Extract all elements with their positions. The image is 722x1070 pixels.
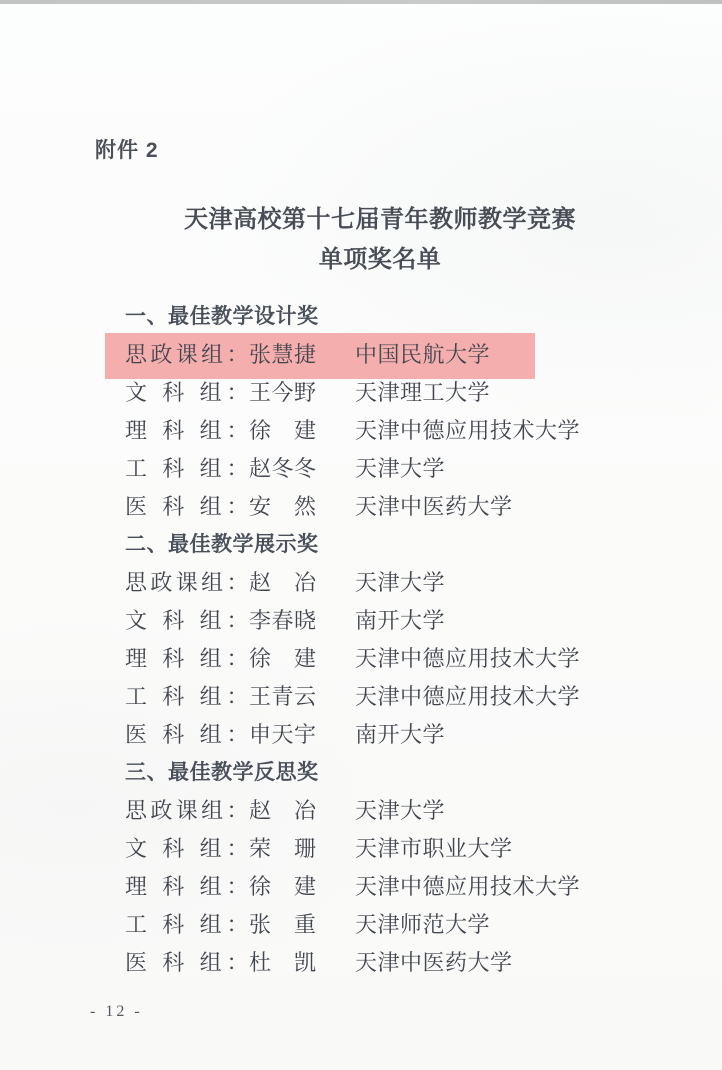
title-line-1: 天津高校第十七届青年教师教学竞赛: [38, 200, 722, 240]
group-label: 理 科 组：: [125, 868, 249, 906]
award-row: 工 科 组： 张 重 天津师范大学: [125, 906, 685, 944]
award-row: 思政课组： 张慧捷 中国民航大学: [125, 336, 685, 374]
award-row: 思政课组： 赵 冶 天津大学: [125, 792, 685, 830]
group-label: 医 科 组：: [125, 944, 249, 982]
university-name: 天津理工大学: [355, 374, 490, 412]
university-name: 天津师范大学: [355, 906, 490, 944]
winner-name: 李春晓: [249, 602, 355, 640]
university-name: 天津中德应用技术大学: [355, 868, 580, 906]
winner-name: 赵冬冬: [249, 450, 355, 488]
group-label: 思政课组：: [125, 564, 249, 602]
university-name: 天津市职业大学: [355, 830, 513, 868]
university-name: 天津中医药大学: [355, 944, 513, 982]
university-name: 南开大学: [355, 716, 445, 754]
group-label: 思政课组：: [125, 336, 249, 374]
attachment-label: 附件 2: [95, 134, 159, 164]
winner-name: 徐 建: [249, 412, 355, 450]
award-row: 医 科 组： 安 然 天津中医药大学: [125, 488, 685, 526]
photo-top-edge: [0, 0, 722, 4]
group-label: 医 科 组：: [125, 488, 249, 526]
award-row: 工 科 组： 赵冬冬 天津大学: [125, 450, 685, 488]
award-row: 理 科 组： 徐 建 天津中德应用技术大学: [125, 412, 685, 450]
section-heading: 二、最佳教学展示奖: [125, 526, 685, 564]
group-label: 工 科 组：: [125, 450, 249, 488]
winner-name: 荣 珊: [249, 830, 355, 868]
group-label: 文 科 组：: [125, 602, 249, 640]
award-row: 思政课组： 赵 冶 天津大学: [125, 564, 685, 602]
university-name: 天津中德应用技术大学: [355, 412, 580, 450]
group-label: 医 科 组：: [125, 716, 249, 754]
award-row: 文 科 组： 李春晓 南开大学: [125, 602, 685, 640]
award-list: 一、最佳教学设计奖 思政课组： 张慧捷 中国民航大学 文 科 组： 王今野 天津…: [125, 298, 685, 982]
winner-name: 徐 建: [249, 640, 355, 678]
university-name: 天津中德应用技术大学: [355, 678, 580, 716]
winner-name: 徐 建: [249, 868, 355, 906]
university-name: 中国民航大学: [355, 336, 490, 374]
university-name: 天津大学: [355, 450, 445, 488]
winner-name: 赵 冶: [249, 564, 355, 602]
group-label: 工 科 组：: [125, 906, 249, 944]
section-heading: 三、最佳教学反思奖: [125, 754, 685, 792]
group-label: 理 科 组：: [125, 412, 249, 450]
university-name: 天津大学: [355, 564, 445, 602]
group-label: 文 科 组：: [125, 830, 249, 868]
award-row: 文 科 组： 荣 珊 天津市职业大学: [125, 830, 685, 868]
winner-name: 张慧捷: [249, 336, 355, 374]
winner-name: 安 然: [249, 488, 355, 526]
award-row: 医 科 组： 杜 凯 天津中医药大学: [125, 944, 685, 982]
page-number: - 12 -: [90, 1000, 143, 1024]
winner-name: 赵 冶: [249, 792, 355, 830]
title-line-2: 单项奖名单: [38, 240, 722, 280]
group-label: 理 科 组：: [125, 640, 249, 678]
award-row: 理 科 组： 徐 建 天津中德应用技术大学: [125, 868, 685, 906]
winner-name: 王青云: [249, 678, 355, 716]
group-label: 文 科 组：: [125, 374, 249, 412]
award-row: 工 科 组： 王青云 天津中德应用技术大学: [125, 678, 685, 716]
university-name: 天津中医药大学: [355, 488, 513, 526]
group-label: 工 科 组：: [125, 678, 249, 716]
university-name: 天津大学: [355, 792, 445, 830]
winner-name: 申天宇: [249, 716, 355, 754]
winner-name: 张 重: [249, 906, 355, 944]
winner-name: 王今野: [249, 374, 355, 412]
award-row: 医 科 组： 申天宇 南开大学: [125, 716, 685, 754]
document-title: 天津高校第十七届青年教师教学竞赛 单项奖名单: [38, 200, 722, 280]
group-label: 思政课组：: [125, 792, 249, 830]
award-row: 文 科 组： 王今野 天津理工大学: [125, 374, 685, 412]
university-name: 天津中德应用技术大学: [355, 640, 580, 678]
award-row: 理 科 组： 徐 建 天津中德应用技术大学: [125, 640, 685, 678]
winner-name: 杜 凯: [249, 944, 355, 982]
section-heading: 一、最佳教学设计奖: [125, 298, 685, 336]
university-name: 南开大学: [355, 602, 445, 640]
